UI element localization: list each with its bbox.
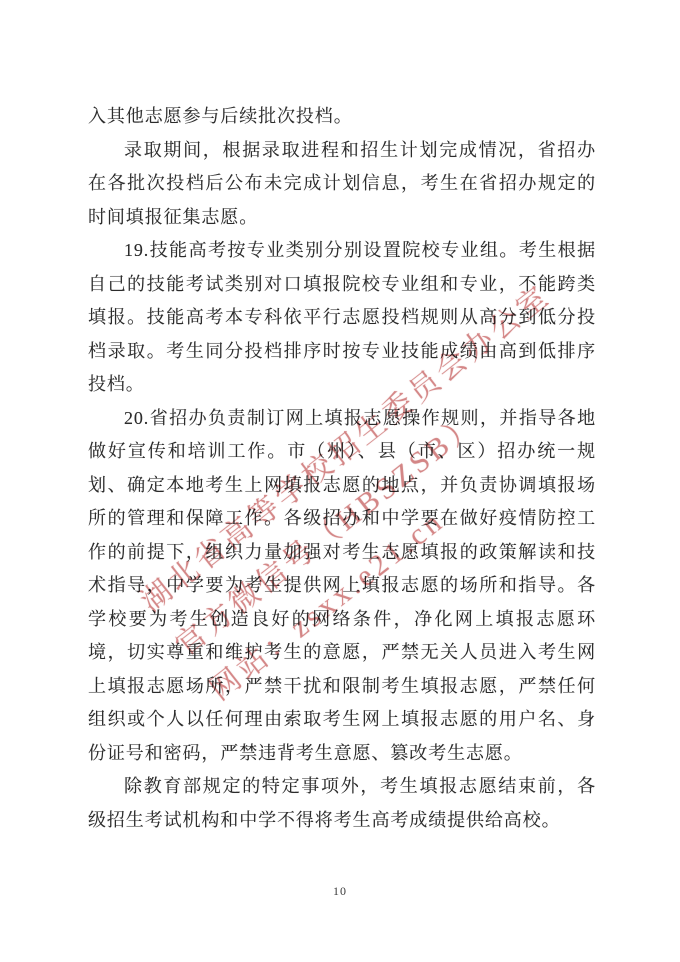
page-number: 10 [0,884,680,899]
document-body: 入其他志愿参与后续批次投档。 录取期间，根据录取进程和招生计划完成情况，省招办在… [88,100,596,837]
paragraph-admission-period: 录取期间，根据录取进程和招生计划完成情况，省招办在各批次投档后公布未完成计划信息… [88,134,596,235]
paragraph-continuation: 入其他志愿参与后续批次投档。 [88,100,596,134]
document-page: 入其他志愿参与后续批次投档。 录取期间，根据录取进程和招生计划完成情况，省招办在… [0,0,680,962]
paragraph-moe-provision: 除教育部规定的特定事项外，考生填报志愿结束前，各级招生考试机构和中学不得将考生高… [88,770,596,837]
paragraph-item-19: 19.技能高考按专业类别分别设置院校专业组。考生根据自己的技能考试类别对口填报院… [88,234,596,402]
paragraph-item-20: 20.省招办负责制订网上填报志愿操作规则，并指导各地做好宣传和培训工作。市（州）… [88,402,596,771]
